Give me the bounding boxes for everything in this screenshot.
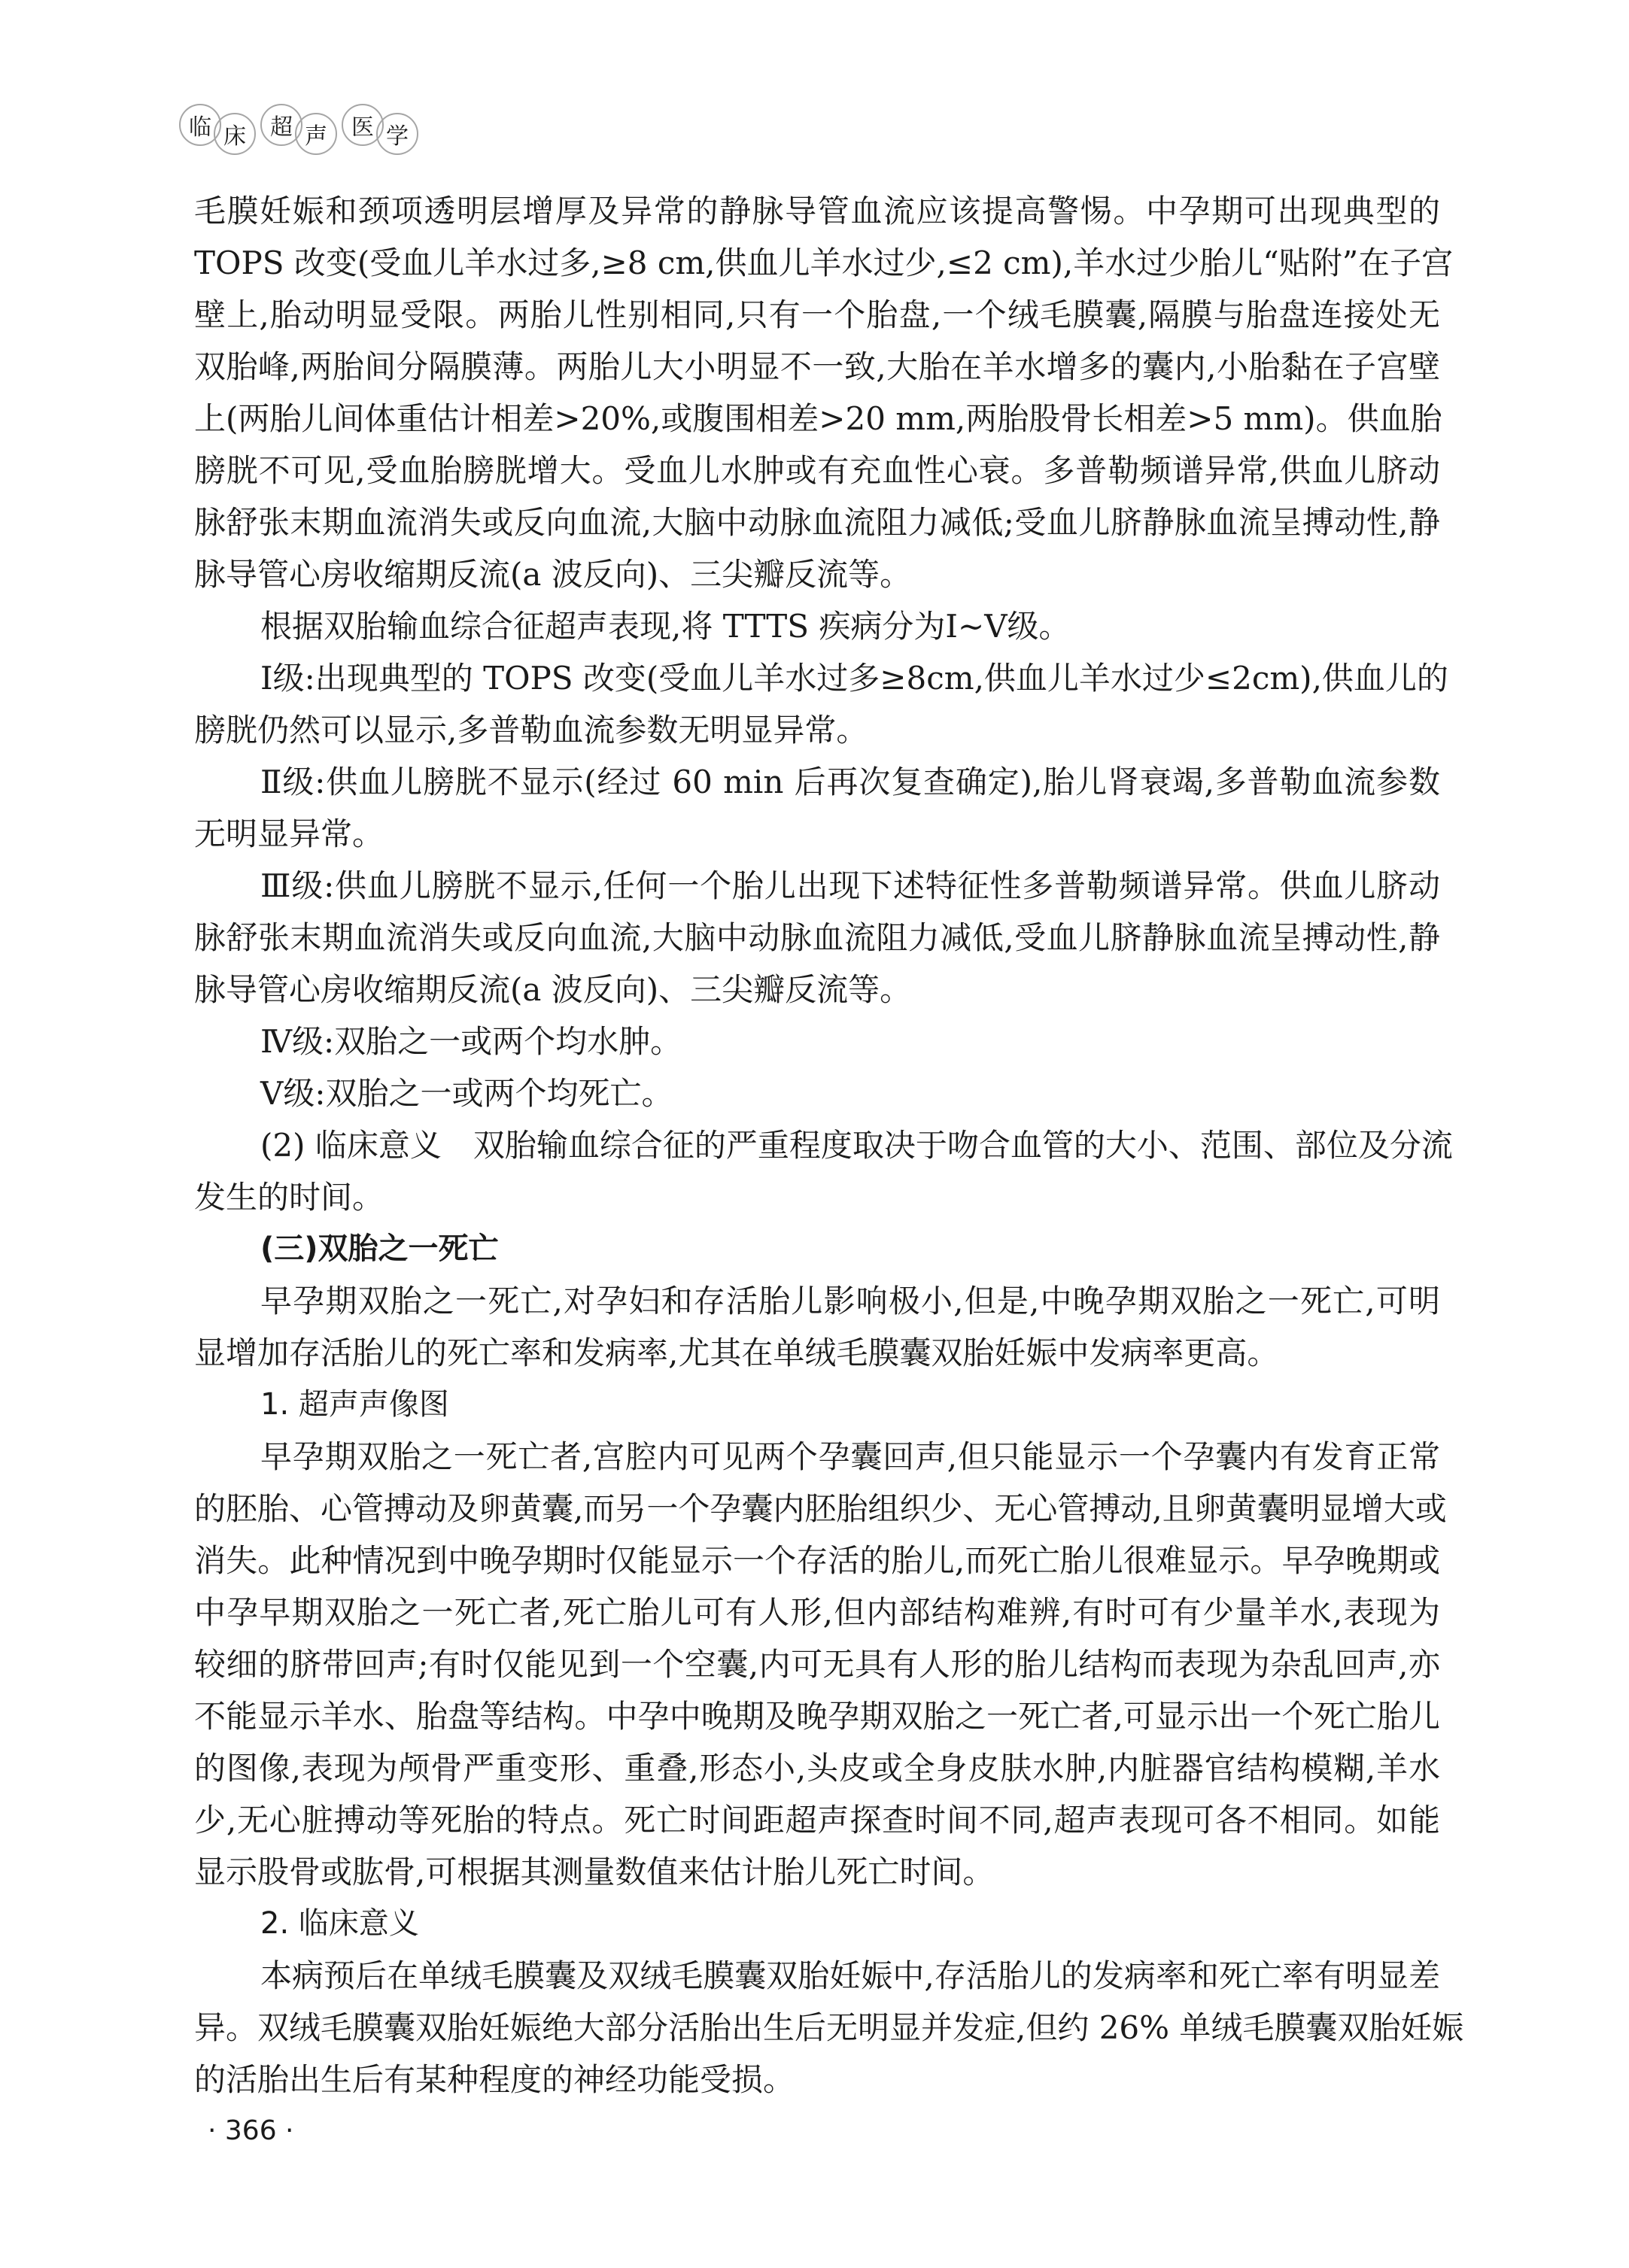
body-text-line: 异。双绒毛膜囊双胎妊娠绝大部分活胎出生后无明显并发症,但约 26% 单绒毛膜囊双… [194, 2002, 1440, 2054]
body-text-line: 膀胱仍然可以显示,多普勒血流参数无明显异常。 [194, 704, 1440, 756]
body-text-line: 不能显示羊水、胎盘等结构。中孕中晚期及晚孕期双胎之一死亡者,可显示出一个死亡胎儿 [194, 1690, 1440, 1742]
body-text-line: 毛膜妊娠和颈项透明层增厚及异常的静脉导管血流应该提高警惕。中孕期可出现典型的 [194, 185, 1440, 237]
body-text-line: 早孕期双胎之一死亡者,宫腔内可见两个孕囊回声,但只能显示一个孕囊内有发育正常 [194, 1431, 1440, 1483]
body-text-line: 膀胱不可见,受血胎膀胱增大。受血儿水肿或有充血性心衰。多普勒频谱异常,供血儿脐动 [194, 445, 1440, 496]
body-text-line: 的胚胎、心管搏动及卵黄囊,而另一个孕囊内胚胎组织少、无心管搏动,且卵黄囊明显增大… [194, 1483, 1440, 1535]
body-text-line: 消失。此种情况到中晚孕期时仅能显示一个存活的胎儿,而死亡胎儿很难显示。早孕晚期或 [194, 1535, 1440, 1586]
body-text-line: 的图像,表现为颅骨严重变形、重叠,形态小,头皮或全身皮肤水肿,内脏器官结构模糊,… [194, 1742, 1440, 1794]
page-number: · 366 · [208, 2115, 294, 2146]
subheading-ultrasound-imaging: 1. 超声声像图 [194, 1379, 1440, 1431]
grade-2-text: Ⅱ级:供血儿膀胱不显示(经过 60 min 后再次复查确定),胎儿肾衰竭,多普勒… [194, 756, 1440, 808]
body-text-line: TOPS 改变(受血儿羊水过多,≥8 cm,供血儿羊水过少,≤2 cm),羊水过… [194, 237, 1440, 289]
section-heading-single-fetal-death: (三)双胎之一死亡 [194, 1223, 1440, 1275]
body-text-line: 壁上,胎动明显受限。两胎儿性别相同,只有一个胎盘,一个绒毛膜囊,隔膜与胎盘连接处… [194, 289, 1440, 341]
body-text-line: 上(两胎儿间体重估计相差>20%,或腹围相差>20 mm,两胎股骨长相差>5 m… [194, 393, 1440, 445]
body-text-line: 脉舒张末期血流消失或反向血流,大脑中动脉血流阻力减低;受血儿脐静脉血流呈搏动性,… [194, 496, 1440, 548]
body-text-line: 中孕早期双胎之一死亡者,死亡胎儿可有人形,但内部结构难辨,有时可有少量羊水,表现… [194, 1586, 1440, 1638]
body-text-line: 发生的时间。 [194, 1171, 1440, 1223]
title-char-circle: 学 [376, 113, 418, 155]
grade-1-text: Ⅰ级:出现典型的 TOPS 改变(受血儿羊水过多≥8cm,供血儿羊水过少≤2cm… [194, 652, 1440, 704]
body-text-line: 显增加存活胎儿的死亡率和发病率,尤其在单绒毛膜囊双胎妊娠中发病率更高。 [194, 1327, 1440, 1379]
title-char-circle: 床 [214, 113, 256, 155]
body-text-line: 的活胎出生后有某种程度的神经功能受损。 [194, 2054, 1440, 2106]
body-text-line: 无明显异常。 [194, 808, 1440, 860]
subheading-clinical-significance: 2. 临床意义 [194, 1898, 1440, 1950]
body-text-line: 脉舒张末期血流消失或反向血流,大脑中动脉血流阻力减低,受血儿脐静脉血流呈搏动性,… [194, 912, 1440, 964]
body-text-line: 较细的脐带回声;有时仅能见到一个空囊,内可无具有人形的胎儿结构而表现为杂乱回声,… [194, 1638, 1440, 1690]
body-text-line: 脉导管心房收缩期反流(a 波反向)、三尖瓣反流等。 [194, 548, 1440, 600]
body-text-line: 早孕期双胎之一死亡,对孕妇和存活胎儿影响极小,但是,中晚孕期双胎之一死亡,可明 [194, 1275, 1440, 1327]
book-title-header: 临 床 超 声 医 学 [179, 104, 450, 164]
clinical-significance-paragraph: (2) 临床意义 双胎输血综合征的严重程度取决于吻合血管的大小、范围、部位及分流 [194, 1119, 1440, 1171]
body-text-line: 脉导管心房收缩期反流(a 波反向)、三尖瓣反流等。 [194, 964, 1440, 1016]
grade-5-text: Ⅴ级:双胎之一或两个均死亡。 [194, 1067, 1440, 1119]
grade-4-text: Ⅳ级:双胎之一或两个均水肿。 [194, 1016, 1440, 1067]
page-body: 毛膜妊娠和颈项透明层增厚及异常的静脉导管血流应该提高警惕。中孕期可出现典型的 T… [194, 185, 1440, 2106]
paragraph-ttts-grading-intro: 根据双胎输血综合征超声表现,将 TTTS 疾病分为Ⅰ~Ⅴ级。 [194, 600, 1440, 652]
title-char-circle: 声 [295, 113, 337, 155]
grade-3-text: Ⅲ级:供血儿膀胱不显示,任何一个胎儿出现下述特征性多普勒频谱异常。供血儿脐动 [194, 860, 1440, 912]
body-text-line: 双胎峰,两胎间分隔膜薄。两胎儿大小明显不一致,大胎在羊水增多的囊内,小胎黏在子宫… [194, 341, 1440, 393]
body-text-line: 少,无心脏搏动等死胎的特点。死亡时间距超声探查时间不同,超声表现可各不相同。如能 [194, 1794, 1440, 1846]
body-text-line: 显示股骨或肱骨,可根据其测量数值来估计胎儿死亡时间。 [194, 1846, 1440, 1898]
body-text-line: 本病预后在单绒毛膜囊及双绒毛膜囊双胎妊娠中,存活胎儿的发病率和死亡率有明显差 [194, 1950, 1440, 2002]
